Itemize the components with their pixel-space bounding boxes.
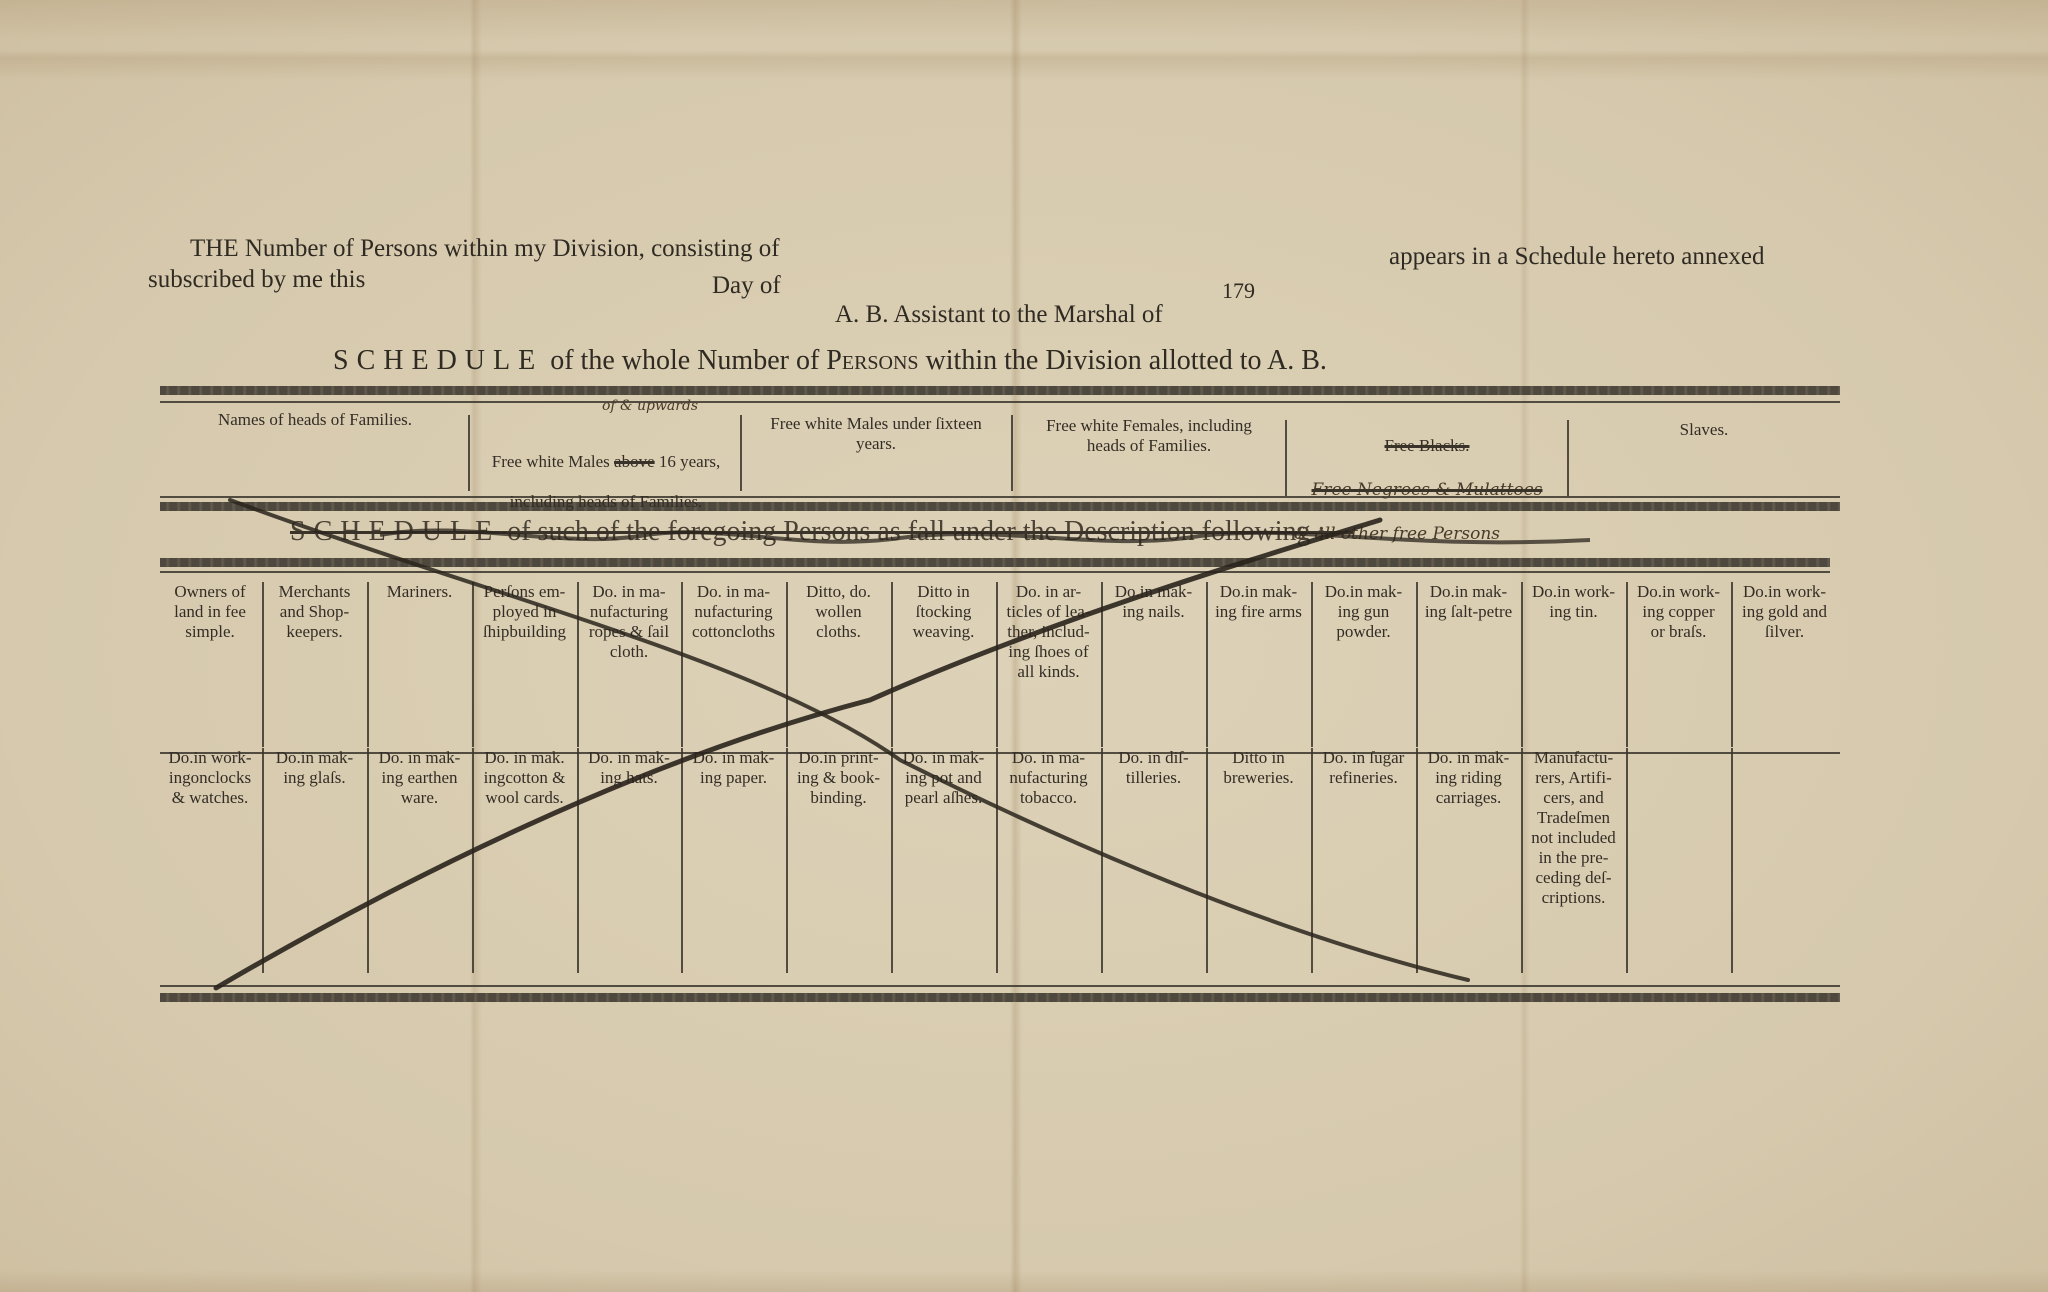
occupation-column-header: Do.in work- ing tin.: [1521, 580, 1626, 624]
occupation-column-header: Do.in mak- ing fire arms: [1206, 580, 1311, 624]
header-line1-left: THE Number of Persons within my Division…: [190, 236, 780, 261]
occupation-column-header: Do.in mak- ing glaſs.: [262, 746, 367, 790]
s1-col-white-females: Free white Females, including heads of F…: [1013, 414, 1285, 458]
column-divider: [1311, 582, 1313, 747]
occupation-column-header: Do.in work- ing copper or braſs.: [1626, 580, 1731, 644]
occupation-column-header: Merchants and Shop- keepers.: [262, 580, 367, 644]
occupation-column-header: Do.in mak- ing ſalt-petre: [1416, 580, 1521, 624]
column-divider: [1626, 582, 1628, 747]
column-divider: [891, 582, 893, 747]
column-divider: [262, 748, 264, 973]
schedule2-title-rest: of such of the foregoing Persons as fall…: [507, 516, 1353, 547]
column-divider: [1311, 748, 1313, 973]
occupation-column-header: Mariners.: [367, 580, 472, 604]
occupation-column-header: Ditto in breweries.: [1206, 746, 1311, 790]
occupation-column-header: Ditto, do. wollen cloths.: [786, 580, 891, 644]
column-divider: [577, 582, 579, 747]
column-divider: [262, 582, 264, 747]
s1-col-males-under-16: Free white Males under ſixteen years.: [742, 412, 1010, 456]
schedule2-bottom-rule: [160, 993, 1840, 1002]
occupation-column-header: [1731, 746, 1838, 750]
occupation-column-header: Perſons em- ployed in ſhipbuilding: [472, 580, 577, 644]
occupation-column-header: Owners of land in fee simple.: [158, 580, 262, 644]
year-prefix: 179: [1222, 280, 1255, 302]
column-divider: [1521, 748, 1523, 973]
header-line1-right: appears in a Schedule hereto annexed: [1389, 244, 1765, 269]
s1-col2-handwritten-insert: of & upwards: [602, 396, 698, 416]
occupation-column-header: Do.in work- ing gold and ſilver.: [1731, 580, 1838, 644]
occupation-column-header: Do. in mak- ing pot and pearl aſhes.: [891, 746, 996, 810]
occupation-column-header: Do. in diſ- tilleries.: [1101, 746, 1206, 790]
s1-col2-struck-word: above: [614, 452, 655, 471]
occupation-column-header: Manufactu- rers, Artifi- cers, and Trade…: [1521, 746, 1626, 910]
header-line2-left: subscribed by me this: [148, 267, 365, 292]
occupation-column-header: Do. in mak- ing hats.: [577, 746, 681, 790]
header-line2-day-of: Day of: [712, 273, 781, 298]
occupation-column-header: Do. in mak- ing riding carriages.: [1416, 746, 1521, 810]
column-divider: [891, 748, 893, 973]
occupation-column-header: Do.in mak- ing nails.: [1101, 580, 1206, 624]
occupation-column-header: Do.in print- ing & book- binding.: [786, 746, 891, 810]
s1-col2-text-b: 16 years,: [655, 452, 721, 471]
occupation-column-header: Do. in ſugar refineries.: [1311, 746, 1416, 790]
occupation-column-header: Do. in mak- ing paper.: [681, 746, 786, 790]
occupation-column-header: Do. in ma- nufacturing tobacco.: [996, 746, 1101, 810]
schedule2-top-rule: [160, 558, 1830, 567]
schedule2-bottom-rule-thin: [160, 985, 1840, 987]
occupation-column-header: Do. in ma- nufacturing cottoncloths: [681, 580, 786, 644]
schedule1-bottom-rule-thin: [160, 496, 1840, 498]
schedule2-title-spaced: SCHEDULE: [290, 516, 500, 547]
schedule1-title-b: within the Division allotted to A. B.: [926, 345, 1327, 376]
occupation-column-header: Do. in mak- ing earthen ware.: [367, 746, 472, 810]
column-divider: [996, 748, 998, 973]
schedule1-title-spaced: SCHEDULE: [333, 345, 543, 376]
column-divider: [681, 748, 683, 973]
column-divider: [1416, 748, 1418, 973]
s1-divider: [468, 415, 470, 491]
column-divider: [786, 582, 788, 747]
column-divider: [1731, 748, 1733, 973]
s1-col-slaves: Slaves.: [1569, 418, 1839, 442]
column-divider: [996, 582, 998, 747]
occupation-column-header: [1626, 746, 1731, 750]
column-divider: [786, 748, 788, 973]
schedule1-title-a: of the whole Number of: [550, 345, 819, 376]
column-divider: [577, 748, 579, 973]
column-divider: [367, 582, 369, 747]
column-divider: [472, 748, 474, 973]
schedule1-title: SCHEDULE of the whole Number of Persons …: [333, 347, 1327, 375]
column-divider: [681, 582, 683, 747]
s1-col5-struck-printed: Free Blacks.: [1290, 436, 1564, 456]
schedule1-bottom-rule: [160, 502, 1840, 511]
column-divider: [1206, 582, 1208, 747]
occupation-column-header: Do. in mak. ingcotton & wool cards.: [472, 746, 577, 810]
column-divider: [1101, 748, 1103, 973]
schedule1-top-rule: [160, 386, 1840, 395]
s1-col5-struck-handwritten: Free Negroes & Mulattoes: [1290, 480, 1564, 500]
s1-col-males-16-up: of & upwards Free white Males above 16 y…: [472, 410, 740, 514]
schedule2-title: SCHEDULE of such of the foregoing Person…: [290, 518, 1353, 546]
occupation-column-header: Do.in work- ingonclocks & watches.: [158, 746, 262, 810]
s1-col2-text-c: including heads of Families.: [510, 492, 703, 511]
occupation-column-header: Ditto in ſtocking weaving.: [891, 580, 996, 644]
schedule1-title-persons: Persons: [826, 345, 918, 376]
column-divider: [1101, 582, 1103, 747]
s1-col2-text-a: Free white Males: [492, 452, 614, 471]
occupation-column-header: Do. in ma- nufacturing ropes & ſail clot…: [577, 580, 681, 664]
occupation-column-header: Do. in ar- ticles of lea- ther, includ- …: [996, 580, 1101, 684]
column-divider: [1626, 748, 1628, 973]
column-divider: [1206, 748, 1208, 973]
column-divider: [1416, 582, 1418, 747]
schedule1-top-rule-thin: [160, 401, 1840, 403]
column-divider: [472, 582, 474, 747]
column-divider: [1521, 582, 1523, 747]
schedule2-top-rule-thin: [160, 571, 1830, 573]
signature-line: A. B. Assistant to the Marshal of: [835, 302, 1163, 327]
occupation-column-header: Do.in mak- ing gun powder.: [1311, 580, 1416, 644]
s1-col-names-of-heads: Names of heads of Families.: [170, 408, 460, 432]
column-divider: [367, 748, 369, 973]
column-divider: [1731, 582, 1733, 747]
